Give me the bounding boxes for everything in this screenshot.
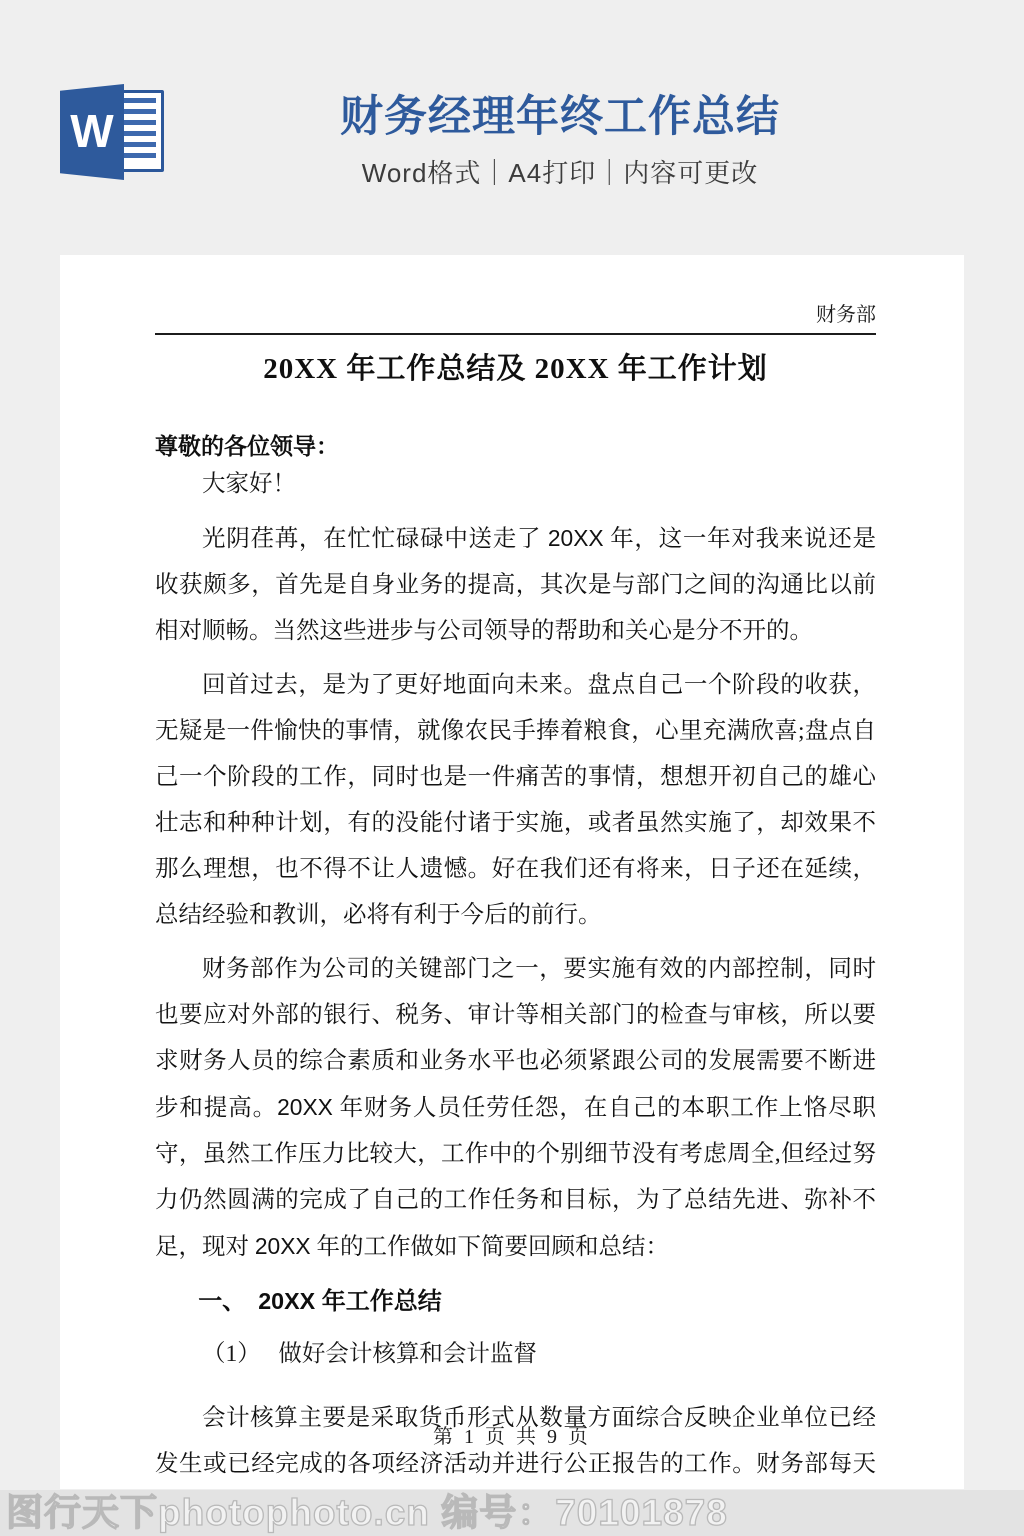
template-subtitle: Word格式｜A4打印｜内容可更改 [96,153,1024,190]
department-label: 财务部 [155,303,876,335]
document-page: 财务部 20XX 年工作总结及 20XX 年工作计划 尊敬的各位领导： 大家好！… [60,255,964,1489]
template-title: 财务经理年终工作总结 [96,94,1024,141]
template-preview-canvas: W 财务经理年终工作总结 Word格式｜A4打印｜内容可更改 财务部 20XX … [0,0,1024,1536]
paragraph: 大家好！ [155,461,876,507]
document-title: 20XX 年工作总结及 20XX 年工作计划 [155,349,876,389]
paragraph: 光阴荏苒，在忙忙碌碌中送走了 20XX 年，这一年对我来说还是收获颇多，首先是自… [155,515,876,654]
section-heading: 一、 20XX 年工作总结 [155,1284,876,1319]
paragraph: 回首过去，是为了更好地面向未来。盘点自己一个阶段的收获，无疑是一件愉快的事情，就… [155,662,876,938]
template-header: 财务经理年终工作总结 Word格式｜A4打印｜内容可更改 [0,94,1024,190]
page-number: 第 1 页 共 9 页 [60,1420,964,1449]
greeting-line: 尊敬的各位领导： [155,431,876,461]
watermark-bar: 图行天下photophoto.cn 编号：70101878 [0,1490,1024,1536]
paragraph: 财务部作为公司的关键部门之一，要实施有效的内部控制，同时也要应对外部的银行、税务… [155,946,876,1270]
watermark-text: 图行天下photophoto.cn 编号：70101878 [6,1482,728,1536]
subsection-heading: （1） 做好会计核算和会计监督 [155,1337,876,1371]
